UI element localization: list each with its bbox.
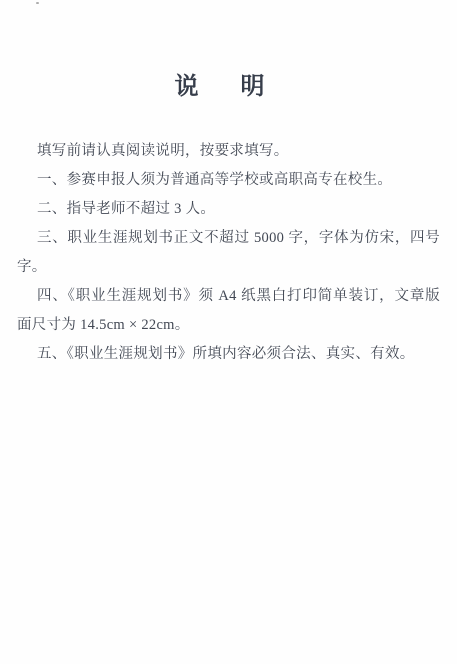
page-title: 说 明 bbox=[17, 71, 440, 103]
document-line: 三、职业生涯规划书正文不超过 5000 字，字体为仿宋，四号 bbox=[17, 224, 440, 253]
page-title-char: 说 bbox=[175, 71, 199, 103]
document-line: 五、《职业生涯规划书》所填内容必须合法、真实、有效。 bbox=[17, 340, 440, 369]
document-body: 填写前请认真阅读说明，按要求填写。 一、参赛申报人须为普通高等学校或高职高专在校… bbox=[17, 137, 440, 369]
document-line: 四、《职业生涯规划书》须 A4 纸黑白打印简单装订，文章版 bbox=[17, 282, 440, 311]
document-line: 一、参赛申报人须为普通高等学校或高职高专在校生。 bbox=[17, 166, 440, 195]
document-line: 填写前请认真阅读说明，按要求填写。 bbox=[17, 137, 440, 166]
document-line: 二、指导老师不超过 3 人。 bbox=[17, 195, 440, 224]
document-line: 面尺寸为 14.5cm × 22cm。 bbox=[17, 311, 440, 340]
document-page: 说 明 填写前请认真阅读说明，按要求填写。 一、参赛申报人须为普通高等学校或高职… bbox=[0, 0, 457, 664]
scan-artifact-speck bbox=[36, 2, 39, 4]
page-title-char: 明 bbox=[241, 71, 265, 103]
document-line: 字。 bbox=[17, 253, 440, 282]
